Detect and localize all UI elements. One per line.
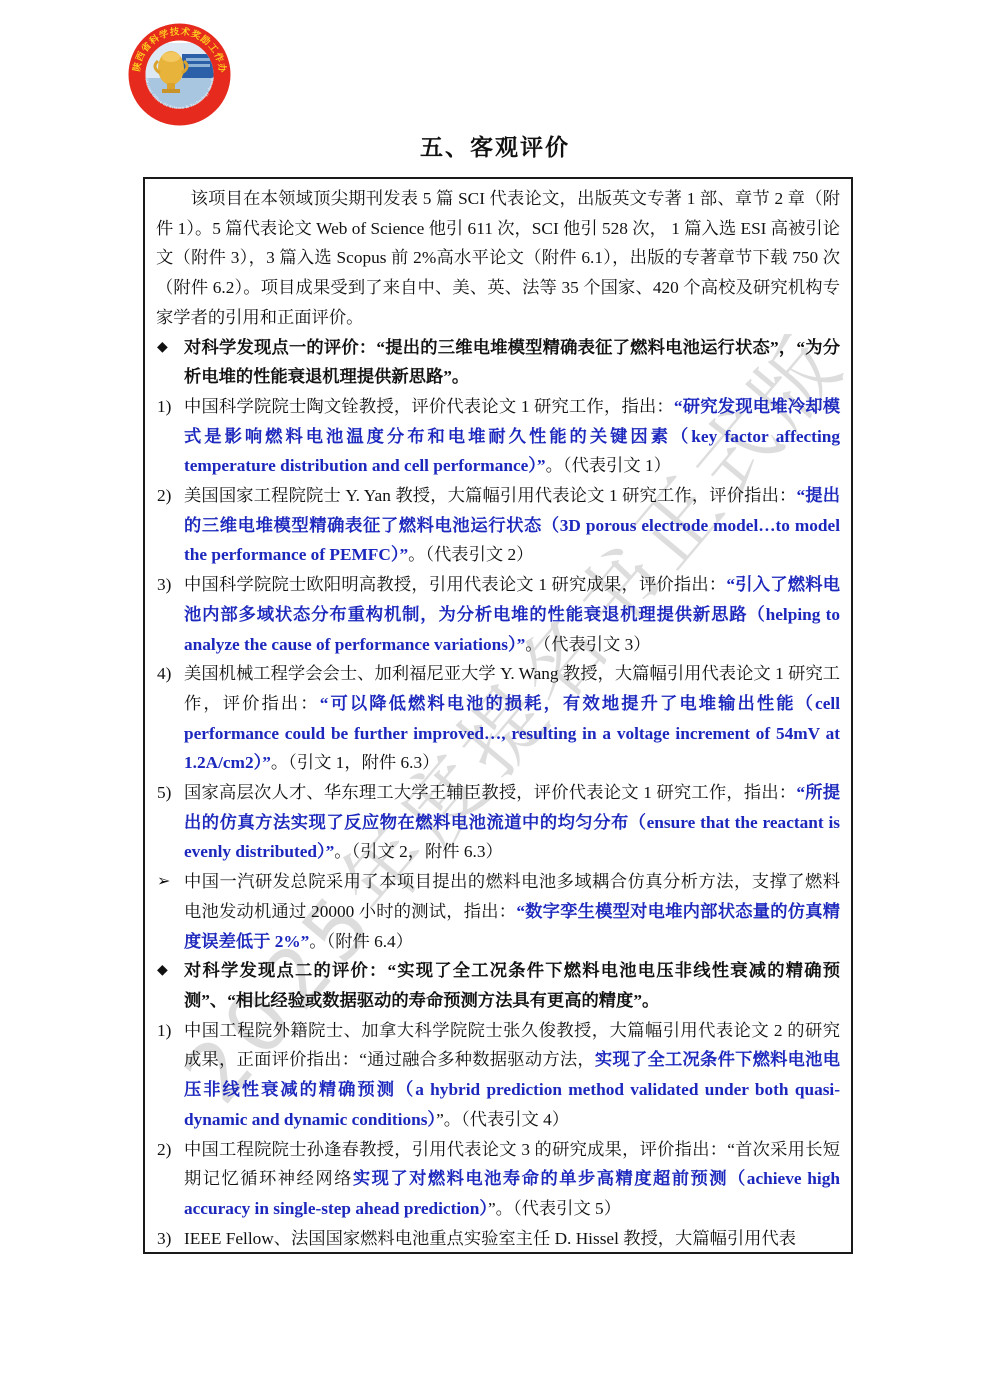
page-title: 五、客观评价 bbox=[0, 129, 990, 162]
section-2-item-2: 2)中国工程院院士孙逢春教授，引用代表论文 3 的研究成果，评价指出：“首次采用… bbox=[156, 1135, 840, 1224]
text-segment: 对科学发现点一的评价：“提出的三维电堆模型精确表征了燃料电池运行状态”，“为分析… bbox=[184, 338, 840, 387]
item-number: 2) bbox=[157, 481, 171, 511]
diamond-bullet-icon: ◆ bbox=[157, 333, 168, 363]
text-segment: 美国国家工程院院士 Y. Yan 教授，大篇幅引用代表论文 1 研究工作，评价指… bbox=[184, 486, 796, 505]
text-segment: ”。（代表引文 4） bbox=[436, 1110, 569, 1129]
text-segment: 。（代表引文 1） bbox=[546, 456, 671, 475]
section-2-item-1: 1)中国工程院外籍院士、加拿大科学院院士张久俊教授，大篇幅引用代表论文 2 的研… bbox=[156, 1016, 840, 1135]
item-number: 1) bbox=[157, 1016, 171, 1046]
content-box: 该项目在本领域顶尖期刊发表 5 篇 SCI 代表论文，出版英文专著 1 部、章节… bbox=[143, 177, 853, 1254]
section-1-item-4: 4)美国机械工程学会会士、加利福尼亚大学 Y. Wang 教授，大篇幅引用代表论… bbox=[156, 659, 840, 778]
text-segment: 。（引文 2，附件 6.3） bbox=[334, 842, 503, 861]
section-2-item-3: 3)IEEE Fellow、法国国家燃料电池重点实验室主任 D. Hissel … bbox=[156, 1224, 840, 1254]
text-segment: 对科学发现点二的评价：“实现了全工况条件下燃料电池电压非线性衰减的精确预测”、“… bbox=[184, 961, 840, 1010]
intro-paragraph: 该项目在本领域顶尖期刊发表 5 篇 SCI 代表论文，出版英文专著 1 部、章节… bbox=[156, 184, 840, 333]
text-segment: 该项目在本领域顶尖期刊发表 5 篇 SCI 代表论文，出版英文专著 1 部、章节… bbox=[156, 189, 840, 327]
diamond-bullet-icon: ◆ bbox=[157, 956, 168, 986]
text-segment: 国家高层次人才、华东理工大学王辅臣教授，评价代表论文 1 研究工作，指出： bbox=[184, 783, 796, 802]
document-page: 2025年度提名书正式版 陕西省科学技术奖励工作办公室 bbox=[0, 0, 990, 1399]
section-1-item-5: 5)国家高层次人才、华东理工大学王辅臣教授，评价代表论文 1 研究工作，指出：“… bbox=[156, 778, 840, 867]
text-segment: 。（代表引文 2） bbox=[408, 545, 533, 564]
item-number: 4) bbox=[157, 659, 171, 689]
text-segment: 。（代表引文 3） bbox=[525, 635, 650, 654]
section-1-item-2: 2)美国国家工程院院士 Y. Yan 教授，大篇幅引用代表论文 1 研究工作，评… bbox=[156, 481, 840, 570]
item-number: 3) bbox=[157, 570, 171, 600]
item-number: 1) bbox=[157, 392, 171, 422]
text-segment: 中国科学院院士陶文铨教授，评价代表论文 1 研究工作，指出： bbox=[184, 397, 674, 416]
arrow-bullet-icon: ➢ bbox=[157, 867, 170, 897]
section-1-item-1: 1)中国科学院院士陶文铨教授，评价代表论文 1 研究工作，指出：“研究发现电堆冷… bbox=[156, 392, 840, 481]
section-2-header: ◆对科学发现点二的评价：“实现了全工况条件下燃料电池电压非线性衰减的精确预测”、… bbox=[156, 956, 840, 1015]
item-number: 3) bbox=[157, 1224, 171, 1254]
text-segment: 。（附件 6.4） bbox=[309, 932, 413, 951]
award-office-seal-logo: 陕西省科学技术奖励工作办公室 Shaanxi Office Of Science… bbox=[126, 21, 233, 128]
item-number: 5) bbox=[157, 778, 171, 808]
section-1-item-3: 3)中国科学院院士欧阳明高教授，引用代表论文 1 研究成果，评价指出：“引入了燃… bbox=[156, 570, 840, 659]
section-1-header: ◆对科学发现点一的评价：“提出的三维电堆模型精确表征了燃料电池运行状态”，“为分… bbox=[156, 333, 840, 392]
application-evidence-item: ➢中国一汽研发总院采用了本项目提出的燃料电池多域耦合仿真分析方法，支撑了燃料电池… bbox=[156, 867, 840, 956]
text-segment: ”。（代表引文 5） bbox=[488, 1199, 621, 1218]
text-segment: 。（引文 1，附件 6.3） bbox=[271, 753, 440, 772]
item-number: 2) bbox=[157, 1135, 171, 1165]
text-segment: IEEE Fellow、法国国家燃料电池重点实验室主任 D. Hissel 教授… bbox=[184, 1229, 796, 1248]
text-segment: 中国科学院院士欧阳明高教授，引用代表论文 1 研究成果，评价指出： bbox=[184, 575, 726, 594]
